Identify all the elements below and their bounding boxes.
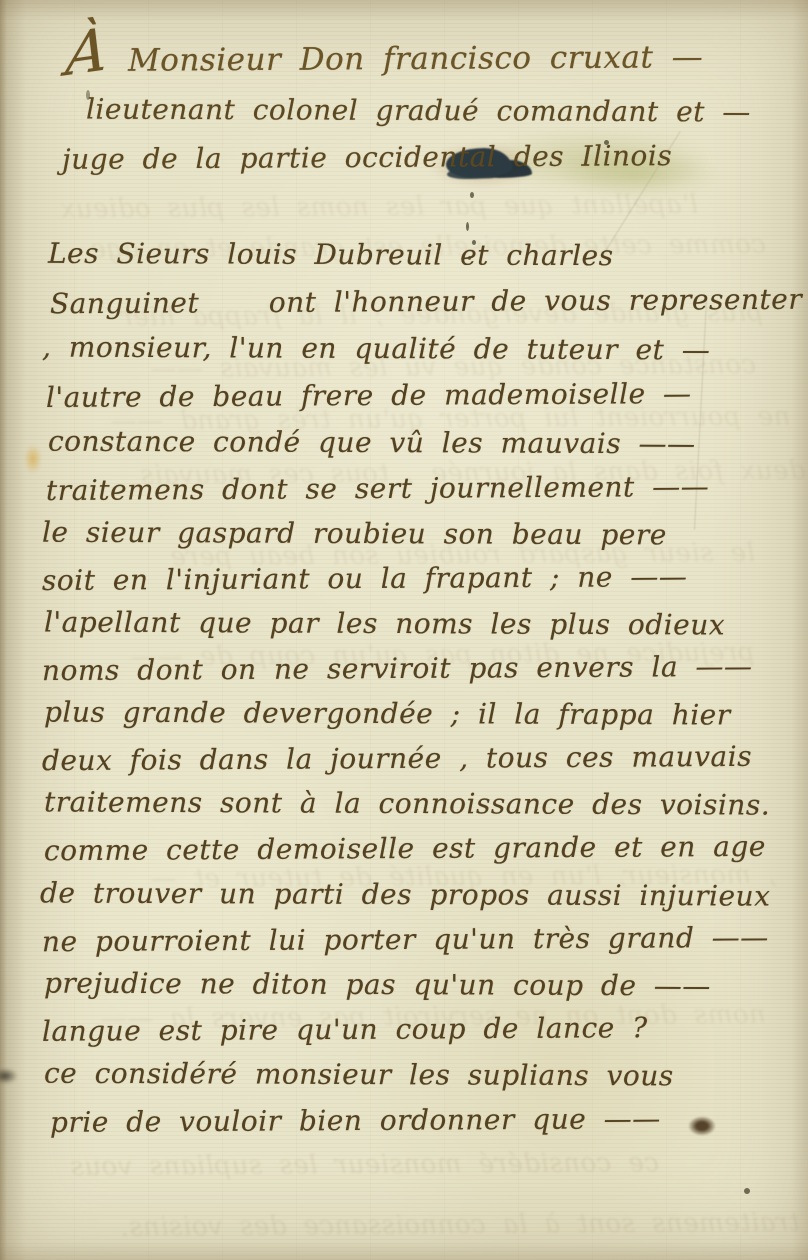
manuscript-line: langue est pire qu'un coup de lance ?: [42, 1013, 648, 1047]
address-line: lieutenant colonel gradué comandant et —: [86, 95, 751, 129]
bleedthrough-text: ce considéré monsieur les suplians vous: [70, 1148, 659, 1182]
manuscript-line: Les Sieurs louis Dubreuil et charles: [48, 239, 614, 272]
bleedthrough-text: traitemens sont à la connoissance des vo…: [120, 1208, 800, 1243]
manuscript-line: l'apellant que par les noms les plus odi…: [44, 608, 725, 642]
paper-spot: [24, 444, 42, 474]
ink-speck: [466, 222, 469, 231]
manuscript-line: deux fois dans la journée , tous ces mau…: [42, 742, 752, 777]
manuscript-line: plus grande devergondée ; il la frappa h…: [44, 698, 731, 732]
manuscript-line: prie de vouloir bien ordonner que ——: [50, 1104, 661, 1139]
manuscript-line: prejudice ne diton pas qu'un coup de ——: [44, 969, 711, 1003]
manuscript-line: de trouver un parti des propos aussi inj…: [40, 878, 771, 912]
manuscript-line: comme cette demoiselle est grande et en …: [44, 832, 766, 867]
address-line: Monsieur Don francisco cruxat —: [128, 40, 703, 78]
manuscript-line: ce considéré monsieur les suplians vous: [44, 1059, 674, 1093]
manuscript-line: , monsieur, l'un en qualité de tuteur et…: [42, 333, 710, 367]
manuscript-line: traitemens sont à la connoissance des vo…: [44, 787, 770, 821]
manuscript-line: le sieur gaspard roubieu son beau pere: [42, 518, 667, 552]
manuscript-line: noms dont on ne serviroit pas envers la …: [42, 652, 753, 687]
manuscript-line: ne pourroient lui porter qu'un très gran…: [42, 923, 769, 958]
address-initial-flourish: À: [64, 14, 110, 89]
manuscript-line: Sanguinet ont l'honneur de vous represen…: [50, 285, 802, 320]
manuscript-line: constance condé que vû les mauvais ——: [48, 427, 696, 461]
manuscript-line: l'autre de beau frere de mademoiselle —: [46, 379, 692, 414]
manuscript-page: l'apellant que par les noms les plus odi…: [0, 0, 808, 1260]
address-line: juge de la partie occidental des Ilinois: [62, 141, 672, 176]
ink-speck: [744, 1188, 750, 1194]
manuscript-line: traitemens dont se sert journellement ——: [46, 472, 709, 507]
manuscript-line: soit en l'injuriant ou la frapant ; ne —…: [42, 562, 688, 597]
edge-smear: [0, 1068, 18, 1084]
bleedthrough-text: l'apellant que par les noms les plus odi…: [60, 190, 698, 224]
ink-blot-small: [688, 1116, 716, 1136]
